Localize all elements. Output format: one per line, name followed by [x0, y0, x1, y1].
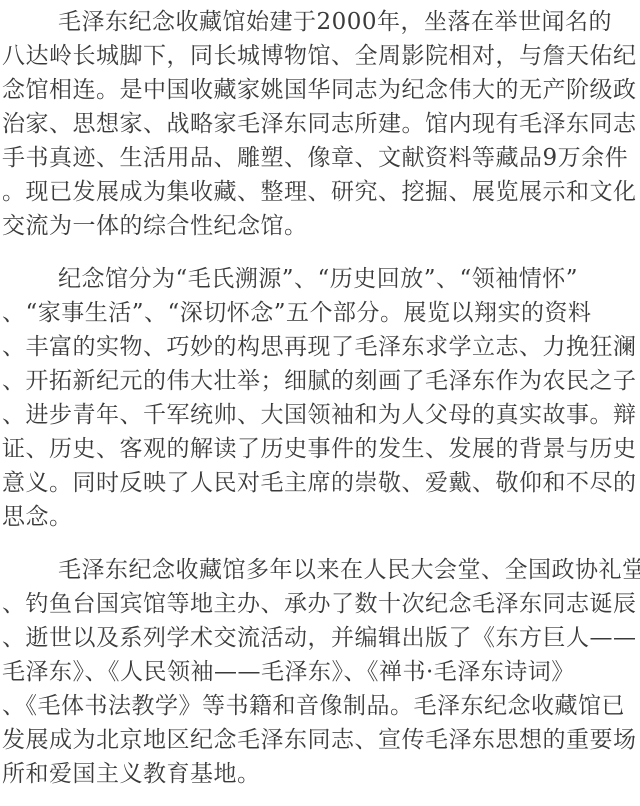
text-line: 念馆相连。是中国收藏家姚国华同志为纪念伟大的无产阶级政 — [2, 73, 638, 107]
text-line: 。现已发展成为集收藏、整理、研究、挖掘、展览展示和文化 — [2, 175, 638, 209]
text-line: 、《毛体书法教学》等书籍和音像制品。毛泽东纪念收藏馆已 — [2, 689, 638, 723]
text-line: 毛泽东纪念收藏馆始建于2000年，坐落在举世闻名的 — [2, 5, 638, 39]
text-line: 纪念馆分为“毛氏溯源”、“历史回放”、“领袖情怀” — [2, 262, 638, 296]
text-line: 意义。同时反映了人民对毛主席的崇敬、爱戴、敬仰和不尽的 — [2, 466, 638, 500]
text-line: 手书真迹、生活用品、雕塑、像章、文献资料等藏品9万余件 — [2, 141, 638, 175]
text-line: 发展成为北京地区纪念毛泽东同志、宣传毛泽东思想的重要场 — [2, 723, 638, 757]
text-line: 、钓鱼台国宾馆等地主办、承办了数十次纪念毛泽东同志诞辰 — [2, 587, 638, 621]
text-line: 治家、思想家、战略家毛泽东同志所建。馆内现有毛泽东同志 — [2, 107, 638, 141]
text-line: 毛泽东纪念收藏馆多年以来在人民大会堂、全国政协礼堂 — [2, 553, 638, 587]
document-body: 毛泽东纪念收藏馆始建于2000年，坐落在举世闻名的八达岭长城脚下，同长城博物馆、… — [2, 5, 638, 791]
text-line: 、进步青年、千军统帅、大国领袖和为人父母的真实故事。辩 — [2, 398, 638, 432]
text-line: 所和爱国主义教育基地。 — [2, 757, 638, 791]
text-line: 、开拓新纪元的伟大壮举；细腻的刻画了毛泽东作为农民之子 — [2, 364, 638, 398]
paragraph: 毛泽东纪念收藏馆多年以来在人民大会堂、全国政协礼堂、钓鱼台国宾馆等地主办、承办了… — [2, 553, 638, 791]
document-page: 毛泽东纪念收藏馆始建于2000年，坐落在举世闻名的八达岭长城脚下，同长城博物馆、… — [0, 0, 640, 806]
text-line: 交流为一体的综合性纪念馆。 — [2, 209, 638, 243]
text-line: 、逝世以及系列学术交流活动，并编辑出版了《东方巨人—— — [2, 621, 638, 655]
text-line: 证、历史、客观的解读了历史事件的发生、发展的背景与历史 — [2, 432, 638, 466]
text-line: 思念。 — [2, 500, 638, 534]
paragraph: 毛泽东纪念收藏馆始建于2000年，坐落在举世闻名的八达岭长城脚下，同长城博物馆、… — [2, 5, 638, 243]
text-line: 八达岭长城脚下，同长城博物馆、全周影院相对，与詹天佑纪 — [2, 39, 638, 73]
text-line: 毛泽东》、《人民领袖——毛泽东》、《禅书·毛泽东诗词》 — [2, 655, 638, 689]
paragraph: 纪念馆分为“毛氏溯源”、“历史回放”、“领袖情怀”、“家事生活”、“深切怀念”五… — [2, 262, 638, 534]
text-line: 、“家事生活”、“深切怀念”五个部分。展览以翔实的资料 — [2, 296, 638, 330]
text-line: 、丰富的实物、巧妙的构思再现了毛泽东求学立志、力挽狂澜 — [2, 330, 638, 364]
